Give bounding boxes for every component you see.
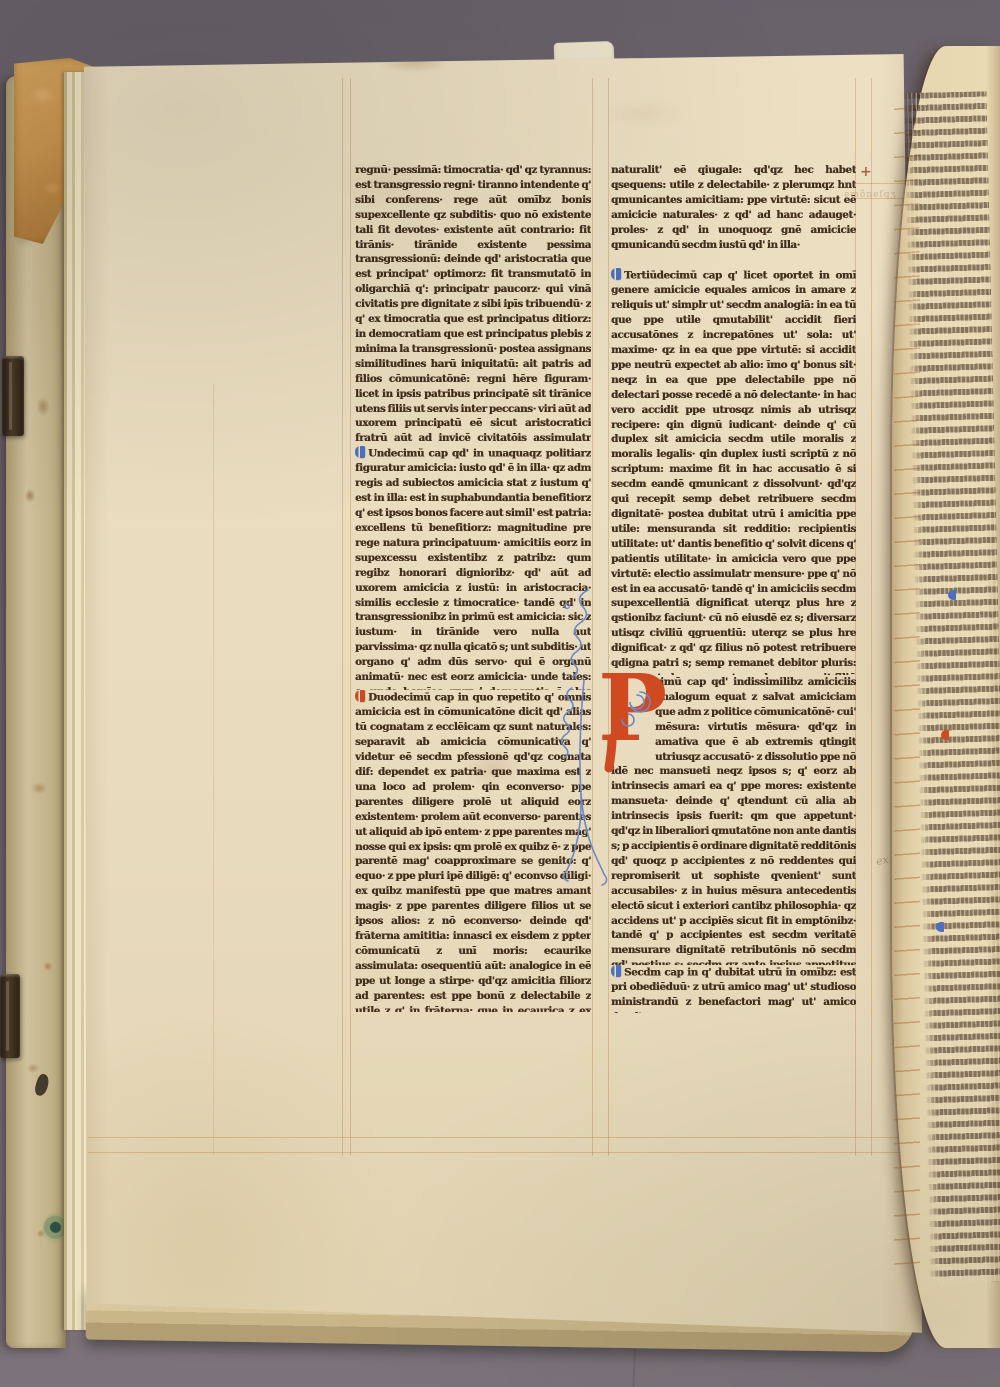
ruling-line	[88, 1152, 916, 1153]
ruling-line	[871, 78, 872, 1156]
metal-clasp-bottom-icon	[0, 974, 20, 1058]
ink-speck	[33, 1073, 51, 1098]
paragraph-text: naturalit' eē qiugale: qd'qz hec habet q…	[611, 164, 856, 251]
photo-backdrop: + emõneſqʒ ex regnū· pessimā: timocratia…	[0, 0, 1000, 1387]
metal-clasp-top-icon	[2, 356, 24, 436]
manuscript-page: + emõneſqʒ ex regnū· pessimā: timocratia…	[84, 54, 922, 1334]
facing-page-curl	[892, 46, 1000, 1348]
paraph-mark-blue	[355, 446, 365, 458]
marginal-pen-trial: ex	[875, 853, 890, 868]
paragraph-chapter-12-continuation: naturalit' eē qiugale: qd'qz hec habet q…	[611, 163, 856, 268]
paragraph-text: Secdm cap in q' dubitat utrū in omībz: e…	[611, 967, 856, 1014]
ruling-line	[88, 1137, 916, 1138]
paraph-mark-red	[941, 730, 949, 740]
book-binding-spine	[6, 76, 66, 1348]
ruling-line	[342, 78, 343, 1156]
paragraph-regimen-conclusion: regnū· pessimā: timocratia· qd' qz tyran…	[355, 163, 591, 446]
paraph-mark-blue	[936, 922, 944, 932]
paraph-mark-blue	[948, 590, 956, 600]
paragraph-book9-chapter-2: Secdm cap in q' dubitat utrū in omībz: e…	[611, 965, 856, 1013]
paragraph-text: regnū· pessimā: timocratia· qd' qz tyran…	[355, 164, 591, 446]
paraph-mark-red	[355, 690, 365, 702]
paraph-mark-blue	[611, 965, 621, 977]
ruling-line	[350, 78, 351, 1156]
ruling-line	[213, 384, 214, 1156]
blue-penwork-flourish: P	[554, 572, 666, 916]
marginal-plus-mark: +	[860, 164, 872, 180]
paraph-mark-blue	[611, 268, 621, 280]
